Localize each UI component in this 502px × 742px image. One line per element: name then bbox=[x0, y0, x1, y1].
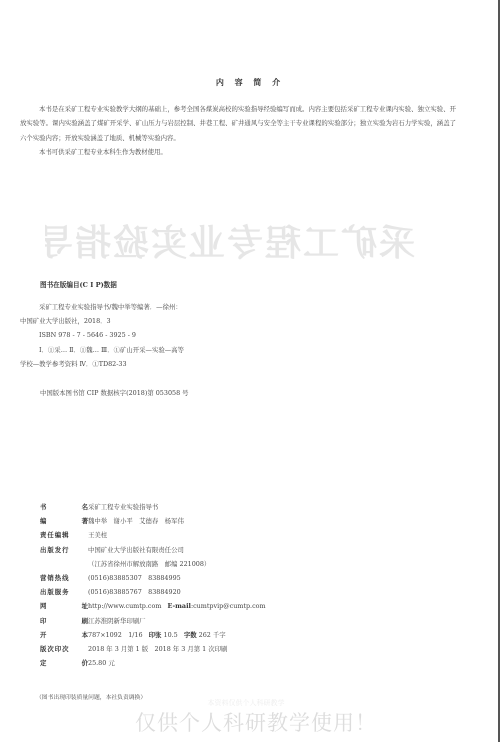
quality-note: （图书出现印装质量问题，本社负责调换） bbox=[36, 692, 146, 701]
sheets-label: 印张 bbox=[149, 631, 162, 639]
imprint-row-edition: 版次印次 2018 年 3 月第 1 版 2018 年 3 月第 1 次印刷 bbox=[40, 642, 266, 656]
book-copyright-page: 内 容 简 介 本书是在采矿工程专业实验教学大纲的基础上，参考全国各煤炭高校的实… bbox=[0, 0, 500, 742]
imprint-row-price: 定价 25.80 元 bbox=[40, 656, 266, 670]
imprint-row-publishing-service: 出版服务 (0516)83885767 83884920 bbox=[40, 585, 266, 599]
imprint-row-format: 开本 787×1092 1/16 印张 10.5 字数 262 千字 bbox=[40, 628, 266, 642]
imprint-row-website: 网址 http://www.cumtp.com E-mail:cumtpvip@… bbox=[40, 599, 266, 613]
publisher-value: 中国矿业大学出版社有限责任公司 bbox=[88, 543, 184, 557]
word-count-value: 262 千字 bbox=[199, 631, 226, 639]
address-value: （江苏省徐州市解放南路 邮编 221008） bbox=[88, 557, 210, 571]
abstract-body: 本书是在采矿工程专业实验教学大纲的基础上，参考全国各煤炭高校的实验指导经验编写而… bbox=[20, 102, 456, 159]
imprint-label: 书名 bbox=[40, 500, 88, 514]
abstract-paragraph: 本书是在采矿工程专业实验教学大纲的基础上，参考全国各煤炭高校的实验指导经验编写而… bbox=[20, 102, 456, 145]
imprint-label: 出版服务 bbox=[40, 585, 88, 599]
imprint-label: 网址 bbox=[40, 599, 88, 613]
website-link[interactable]: http://www.cumtp.com bbox=[88, 602, 161, 610]
abstract-title: 内 容 简 介 bbox=[0, 77, 500, 88]
imprint-row-editor: 责任编辑 王美柱 bbox=[40, 528, 266, 542]
imprint-row-printer: 印刷 江苏淮阴新华印刷厂 bbox=[40, 614, 266, 628]
editor-value: 王美柱 bbox=[88, 528, 107, 542]
watermark-text: 仅供个人科研教学使用！ bbox=[96, 707, 416, 737]
page-edge-line bbox=[498, 0, 500, 742]
bleed-through-title: 采矿工程专业实验指导书 bbox=[45, 222, 415, 266]
imprint-label: 出版发行 bbox=[40, 543, 88, 557]
abstract-paragraph: 本书可供采矿工程专业本科生作为教材使用。 bbox=[20, 145, 456, 159]
sales-hotline-value: (0516)83885307 83884995 bbox=[88, 571, 181, 585]
book-title-value: 采矿工程专业实验指导书 bbox=[88, 500, 158, 514]
imprint-label: 营销热线 bbox=[40, 571, 88, 585]
imprint-row-address: （江苏省徐州市解放南路 邮编 221008） bbox=[40, 557, 266, 571]
imprint-label: 编著 bbox=[40, 514, 88, 528]
imprint-label-empty bbox=[40, 557, 88, 571]
cip-heading: 图书在版编目(C I P)数据 bbox=[40, 279, 117, 289]
imprint-row-sales-hotline: 营销热线 (0516)83885307 83884995 bbox=[40, 571, 266, 585]
imprint-label: 版次印次 bbox=[40, 642, 88, 656]
imprint-label: 开本 bbox=[40, 628, 88, 642]
imprint-label: 定价 bbox=[40, 656, 88, 670]
cip-line: Ⅰ．①采… Ⅱ．①魏… Ⅲ．①矿山开采—实验—高等 bbox=[20, 343, 460, 357]
service-phone-value: (0516)83885767 83884920 bbox=[88, 585, 181, 599]
cip-line: 学校—教学参考资料 Ⅳ．①TD82-33 bbox=[20, 357, 460, 371]
price-value: 25.80 元 bbox=[88, 656, 115, 670]
format-value: 787×1092 1/16 bbox=[88, 631, 143, 639]
imprint-row-title: 书名 采矿工程专业实验指导书 bbox=[40, 500, 266, 514]
cip-record-number: 中国版本图书馆 CIP 数据核字(2018)第 053058 号 bbox=[40, 388, 189, 397]
imprint-row-publisher: 出版发行 中国矿业大学出版社有限责任公司 bbox=[40, 543, 266, 557]
email-label: E-mail bbox=[168, 602, 191, 610]
email-link[interactable]: cumtpvip@cumtp.com bbox=[193, 602, 265, 610]
imprint-label: 责任编辑 bbox=[40, 528, 88, 542]
sheets-value: 10.5 bbox=[164, 631, 178, 639]
cip-isbn: ISBN 978 - 7 - 5646 - 3925 - 9 bbox=[20, 328, 460, 342]
cip-line: 中国矿业大学出版社，2018．3 bbox=[20, 314, 460, 328]
authors-value: 魏中举 谢小平 艾德春 杨军伟 bbox=[88, 514, 184, 528]
imprint-label: 印刷 bbox=[40, 614, 88, 628]
imprint-block: 书名 采矿工程专业实验指导书 编著 魏中举 谢小平 艾德春 杨军伟 责任编辑 王… bbox=[40, 500, 266, 670]
cip-block: 采矿工程专业实验指导书/魏中举等编著．—徐州： 中国矿业大学出版社，2018．3… bbox=[20, 300, 460, 371]
word-count-label: 字数 bbox=[184, 631, 197, 639]
edition-value: 2018 年 3 月第 1 版 2018 年 3 月第 1 次印刷 bbox=[88, 642, 227, 656]
imprint-row-authors: 编著 魏中举 谢小平 艾德春 杨军伟 bbox=[40, 514, 266, 528]
cip-line: 采矿工程专业实验指导书/魏中举等编著．—徐州： bbox=[20, 300, 460, 314]
printer-value: 江苏淮阴新华印刷厂 bbox=[88, 614, 146, 628]
